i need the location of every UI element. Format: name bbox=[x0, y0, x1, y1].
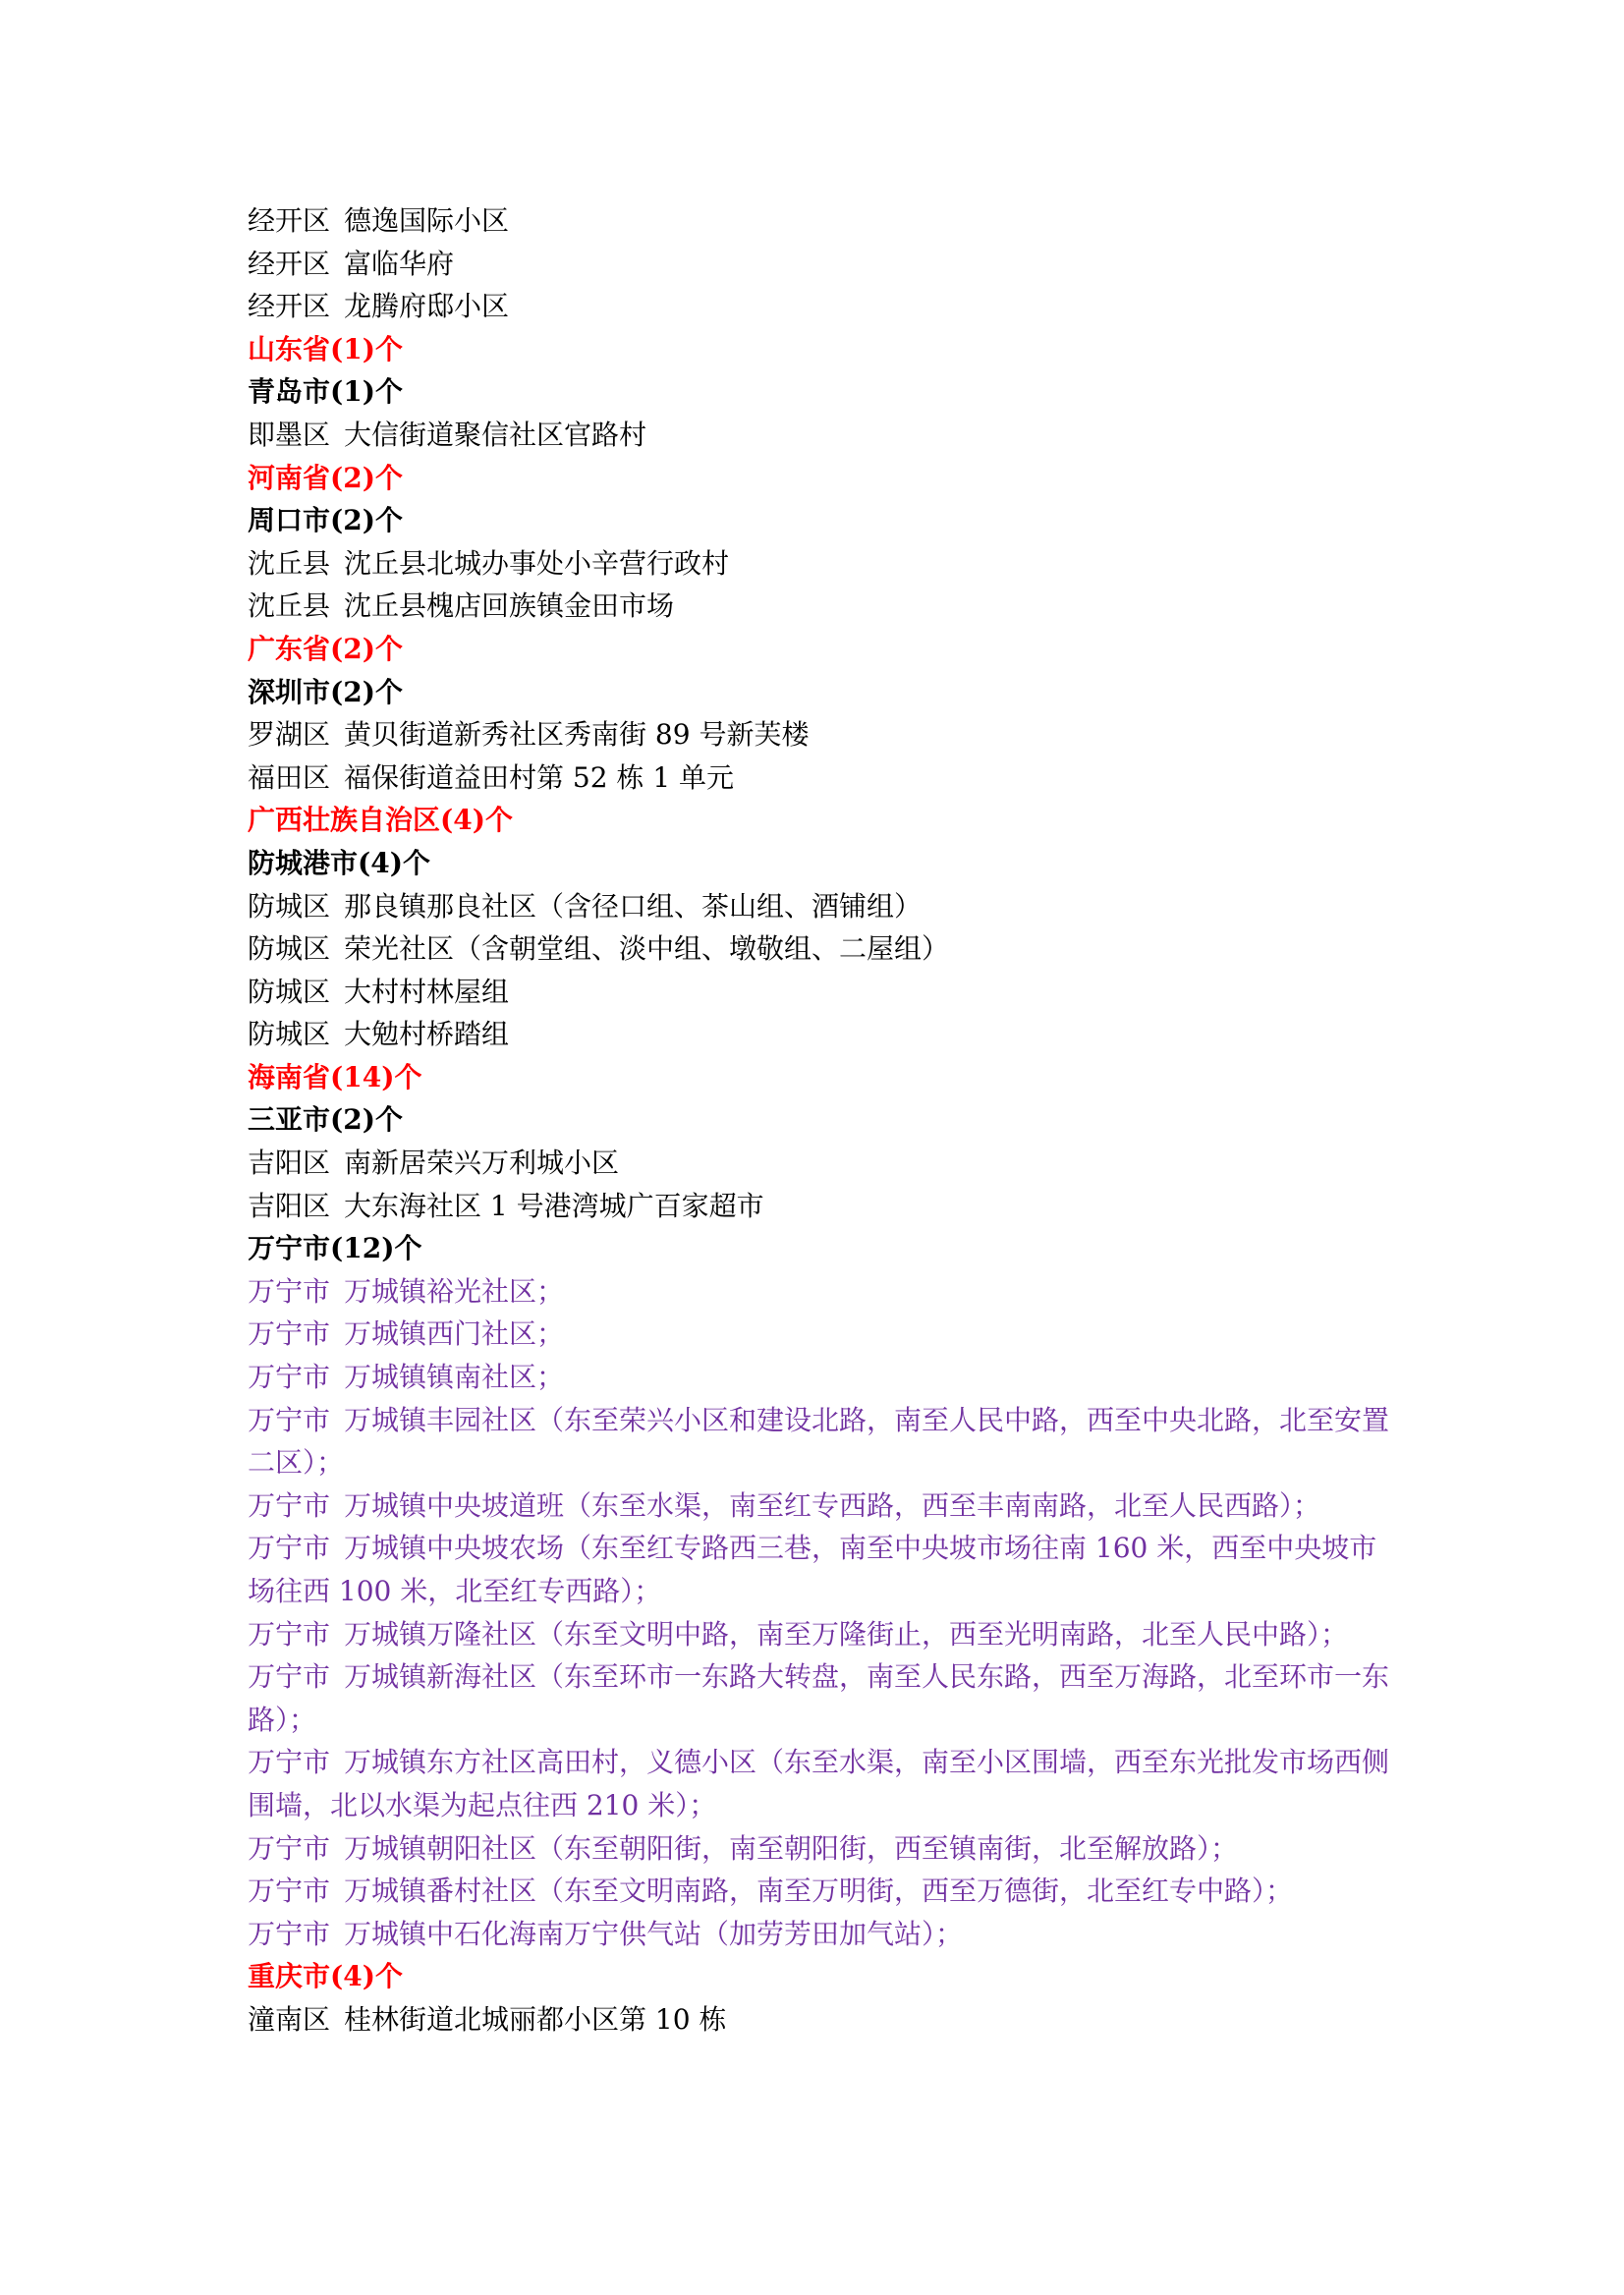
location-text: 万城镇朝阳社区（东至朝阳街，南至朝阳街，西至镇南街，北至解放路）； bbox=[344, 1832, 1238, 1865]
district-label: 万宁市 bbox=[248, 1489, 330, 1522]
district-label: 潼南区 bbox=[248, 2003, 330, 2036]
district-label: 防城区 bbox=[248, 932, 330, 965]
list-item: 经开区龙腾府邸小区 bbox=[248, 285, 1397, 328]
location-text: 万城镇中央坡农场（东至红专路西三巷，南至中央坡市场往南 160 米，西至中央坡市… bbox=[248, 1532, 1376, 1607]
location-text: 大村村林屋组 bbox=[344, 976, 509, 1008]
district-label: 万宁市 bbox=[248, 1875, 330, 1907]
list-item: 即墨区大信街道聚信社区官路村 bbox=[248, 414, 1397, 457]
list-item: 万宁市万城镇朝阳社区（东至朝阳街，南至朝阳街，西至镇南街，北至解放路）； bbox=[248, 1827, 1397, 1871]
location-text: 龙腾府邸小区 bbox=[344, 290, 509, 322]
location-text: 那良镇那良社区（含径口组、茶山组、酒铺组） bbox=[344, 890, 922, 923]
list-item: 罗湖区黄贝街道新秀社区秀南街 89 号新芙楼 bbox=[248, 713, 1397, 756]
district-label: 福田区 bbox=[248, 761, 330, 794]
list-item: 防城区那良镇那良社区（含径口组、茶山组、酒铺组） bbox=[248, 885, 1397, 928]
list-item: 沈丘县沈丘县槐店回族镇金田市场 bbox=[248, 585, 1397, 628]
province-heading: 广东省(2)个 bbox=[248, 628, 1397, 671]
location-text: 万城镇中石化海南万宁供气站（加劳芳田加气站）； bbox=[344, 1918, 963, 1950]
list-item: 经开区富临华府 bbox=[248, 243, 1397, 286]
district-label: 吉阳区 bbox=[248, 1147, 330, 1179]
location-text: 大东海社区 1 号港湾城广百家超市 bbox=[344, 1190, 764, 1222]
province-heading: 海南省(14)个 bbox=[248, 1056, 1397, 1099]
location-text: 荣光社区（含朝堂组、淡中组、墩敬组、二屋组） bbox=[344, 932, 949, 965]
district-label: 吉阳区 bbox=[248, 1190, 330, 1222]
district-label: 万宁市 bbox=[248, 1918, 330, 1950]
list-item: 万宁市万城镇万隆社区（东至文明中路，南至万隆街止，西至光明南路，北至人民中路）； bbox=[248, 1613, 1397, 1656]
city-heading: 青岛市(1)个 bbox=[248, 370, 1397, 414]
location-text: 沈丘县槐店回族镇金田市场 bbox=[344, 589, 674, 622]
list-item: 万宁市万城镇裕光社区； bbox=[248, 1270, 1397, 1314]
district-label: 沈丘县 bbox=[248, 547, 330, 580]
location-text: 万城镇新海社区（东至环市一东路大转盘，南至人民东路，西至万海路，北至环市一东路）… bbox=[248, 1660, 1389, 1736]
district-label: 防城区 bbox=[248, 976, 330, 1008]
list-item: 万宁市万城镇中央坡道班（东至水渠，南至红专西路，西至丰南南路，北至人民西路）； bbox=[248, 1484, 1397, 1528]
location-text: 南新居荣兴万利城小区 bbox=[344, 1147, 619, 1179]
district-label: 万宁市 bbox=[248, 1275, 330, 1308]
district-label: 万宁市 bbox=[248, 1361, 330, 1393]
list-item: 万宁市万城镇丰园社区（东至荣兴小区和建设北路，南至人民中路，西至中央北路，北至安… bbox=[248, 1399, 1397, 1484]
city-heading: 万宁市(12)个 bbox=[248, 1227, 1397, 1270]
district-label: 万宁市 bbox=[248, 1532, 330, 1564]
location-text: 万城镇中央坡道班（东至水渠，南至红专西路，西至丰南南路，北至人民西路）； bbox=[344, 1489, 1320, 1522]
district-label: 经开区 bbox=[248, 204, 330, 237]
list-item: 万宁市万城镇中央坡农场（东至红专路西三巷，南至中央坡市场往南 160 米，西至中… bbox=[248, 1527, 1397, 1612]
district-label: 经开区 bbox=[248, 290, 330, 322]
list-item: 吉阳区大东海社区 1 号港湾城广百家超市 bbox=[248, 1185, 1397, 1228]
location-text: 沈丘县北城办事处小辛营行政村 bbox=[344, 547, 729, 580]
province-heading: 山东省(1)个 bbox=[248, 328, 1397, 371]
list-item: 万宁市万城镇东方社区高田村，义德小区（东至水渠，南至小区围墙，西至东光批发市场西… bbox=[248, 1741, 1397, 1826]
district-label: 万宁市 bbox=[248, 1618, 330, 1651]
list-item: 防城区大村村林屋组 bbox=[248, 971, 1397, 1014]
district-label: 罗湖区 bbox=[248, 718, 330, 751]
district-label: 防城区 bbox=[248, 1018, 330, 1050]
district-label: 万宁市 bbox=[248, 1746, 330, 1778]
list-item: 沈丘县沈丘县北城办事处小辛营行政村 bbox=[248, 542, 1397, 586]
document-page: 经开区德逸国际小区经开区富临华府经开区龙腾府邸小区山东省(1)个青岛市(1)个即… bbox=[248, 199, 1397, 2042]
location-text: 大信街道聚信社区官路村 bbox=[344, 419, 646, 451]
list-item: 万宁市万城镇镇南社区； bbox=[248, 1356, 1397, 1399]
location-text: 富临华府 bbox=[344, 248, 454, 280]
list-item: 福田区福保街道益田村第 52 栋 1 单元 bbox=[248, 756, 1397, 800]
list-item: 万宁市万城镇西门社区； bbox=[248, 1313, 1397, 1356]
location-text: 万城镇裕光社区； bbox=[344, 1275, 564, 1308]
list-item: 吉阳区南新居荣兴万利城小区 bbox=[248, 1142, 1397, 1185]
list-item: 防城区大勉村桥踏组 bbox=[248, 1013, 1397, 1056]
district-label: 防城区 bbox=[248, 890, 330, 923]
location-text: 德逸国际小区 bbox=[344, 204, 509, 237]
district-label: 沈丘县 bbox=[248, 589, 330, 622]
district-label: 万宁市 bbox=[248, 1660, 330, 1693]
city-heading: 防城港市(4)个 bbox=[248, 842, 1397, 885]
district-label: 万宁市 bbox=[248, 1832, 330, 1865]
list-item: 潼南区桂林街道北城丽都小区第 10 栋 bbox=[248, 1998, 1397, 2042]
district-label: 万宁市 bbox=[248, 1404, 330, 1436]
location-text: 桂林街道北城丽都小区第 10 栋 bbox=[344, 2003, 726, 2036]
province-heading: 重庆市(4)个 bbox=[248, 1955, 1397, 1998]
city-heading: 三亚市(2)个 bbox=[248, 1098, 1397, 1142]
location-text: 黄贝街道新秀社区秀南街 89 号新芙楼 bbox=[344, 718, 809, 751]
location-text: 万城镇万隆社区（东至文明中路，南至万隆街止，西至光明南路，北至人民中路）； bbox=[344, 1618, 1348, 1651]
location-text: 万城镇东方社区高田村，义德小区（东至水渠，南至小区围墙，西至东光批发市场西侧围墙… bbox=[248, 1746, 1389, 1821]
list-item: 万宁市万城镇新海社区（东至环市一东路大转盘，南至人民东路，西至万海路，北至环市一… bbox=[248, 1655, 1397, 1741]
province-heading: 广西壮族自治区(4)个 bbox=[248, 799, 1397, 842]
location-text: 福保街道益田村第 52 栋 1 单元 bbox=[344, 761, 734, 794]
list-item: 万宁市万城镇中石化海南万宁供气站（加劳芳田加气站）； bbox=[248, 1913, 1397, 1956]
location-text: 万城镇镇南社区； bbox=[344, 1361, 564, 1393]
list-item: 万宁市万城镇番村社区（东至文明南路，南至万明街，西至万德街，北至红专中路）； bbox=[248, 1870, 1397, 1913]
list-item: 防城区荣光社区（含朝堂组、淡中组、墩敬组、二屋组） bbox=[248, 927, 1397, 971]
province-heading: 河南省(2)个 bbox=[248, 457, 1397, 500]
location-text: 万城镇番村社区（东至文明南路，南至万明街，西至万德街，北至红专中路）； bbox=[344, 1875, 1293, 1907]
district-label: 经开区 bbox=[248, 248, 330, 280]
list-item: 经开区德逸国际小区 bbox=[248, 199, 1397, 243]
location-text: 万城镇丰园社区（东至荣兴小区和建设北路，南至人民中路，西至中央北路，北至安置二区… bbox=[248, 1404, 1389, 1480]
city-heading: 周口市(2)个 bbox=[248, 499, 1397, 542]
location-text: 大勉村桥踏组 bbox=[344, 1018, 509, 1050]
district-label: 万宁市 bbox=[248, 1317, 330, 1350]
city-heading: 深圳市(2)个 bbox=[248, 671, 1397, 714]
district-label: 即墨区 bbox=[248, 419, 330, 451]
location-text: 万城镇西门社区； bbox=[344, 1317, 564, 1350]
